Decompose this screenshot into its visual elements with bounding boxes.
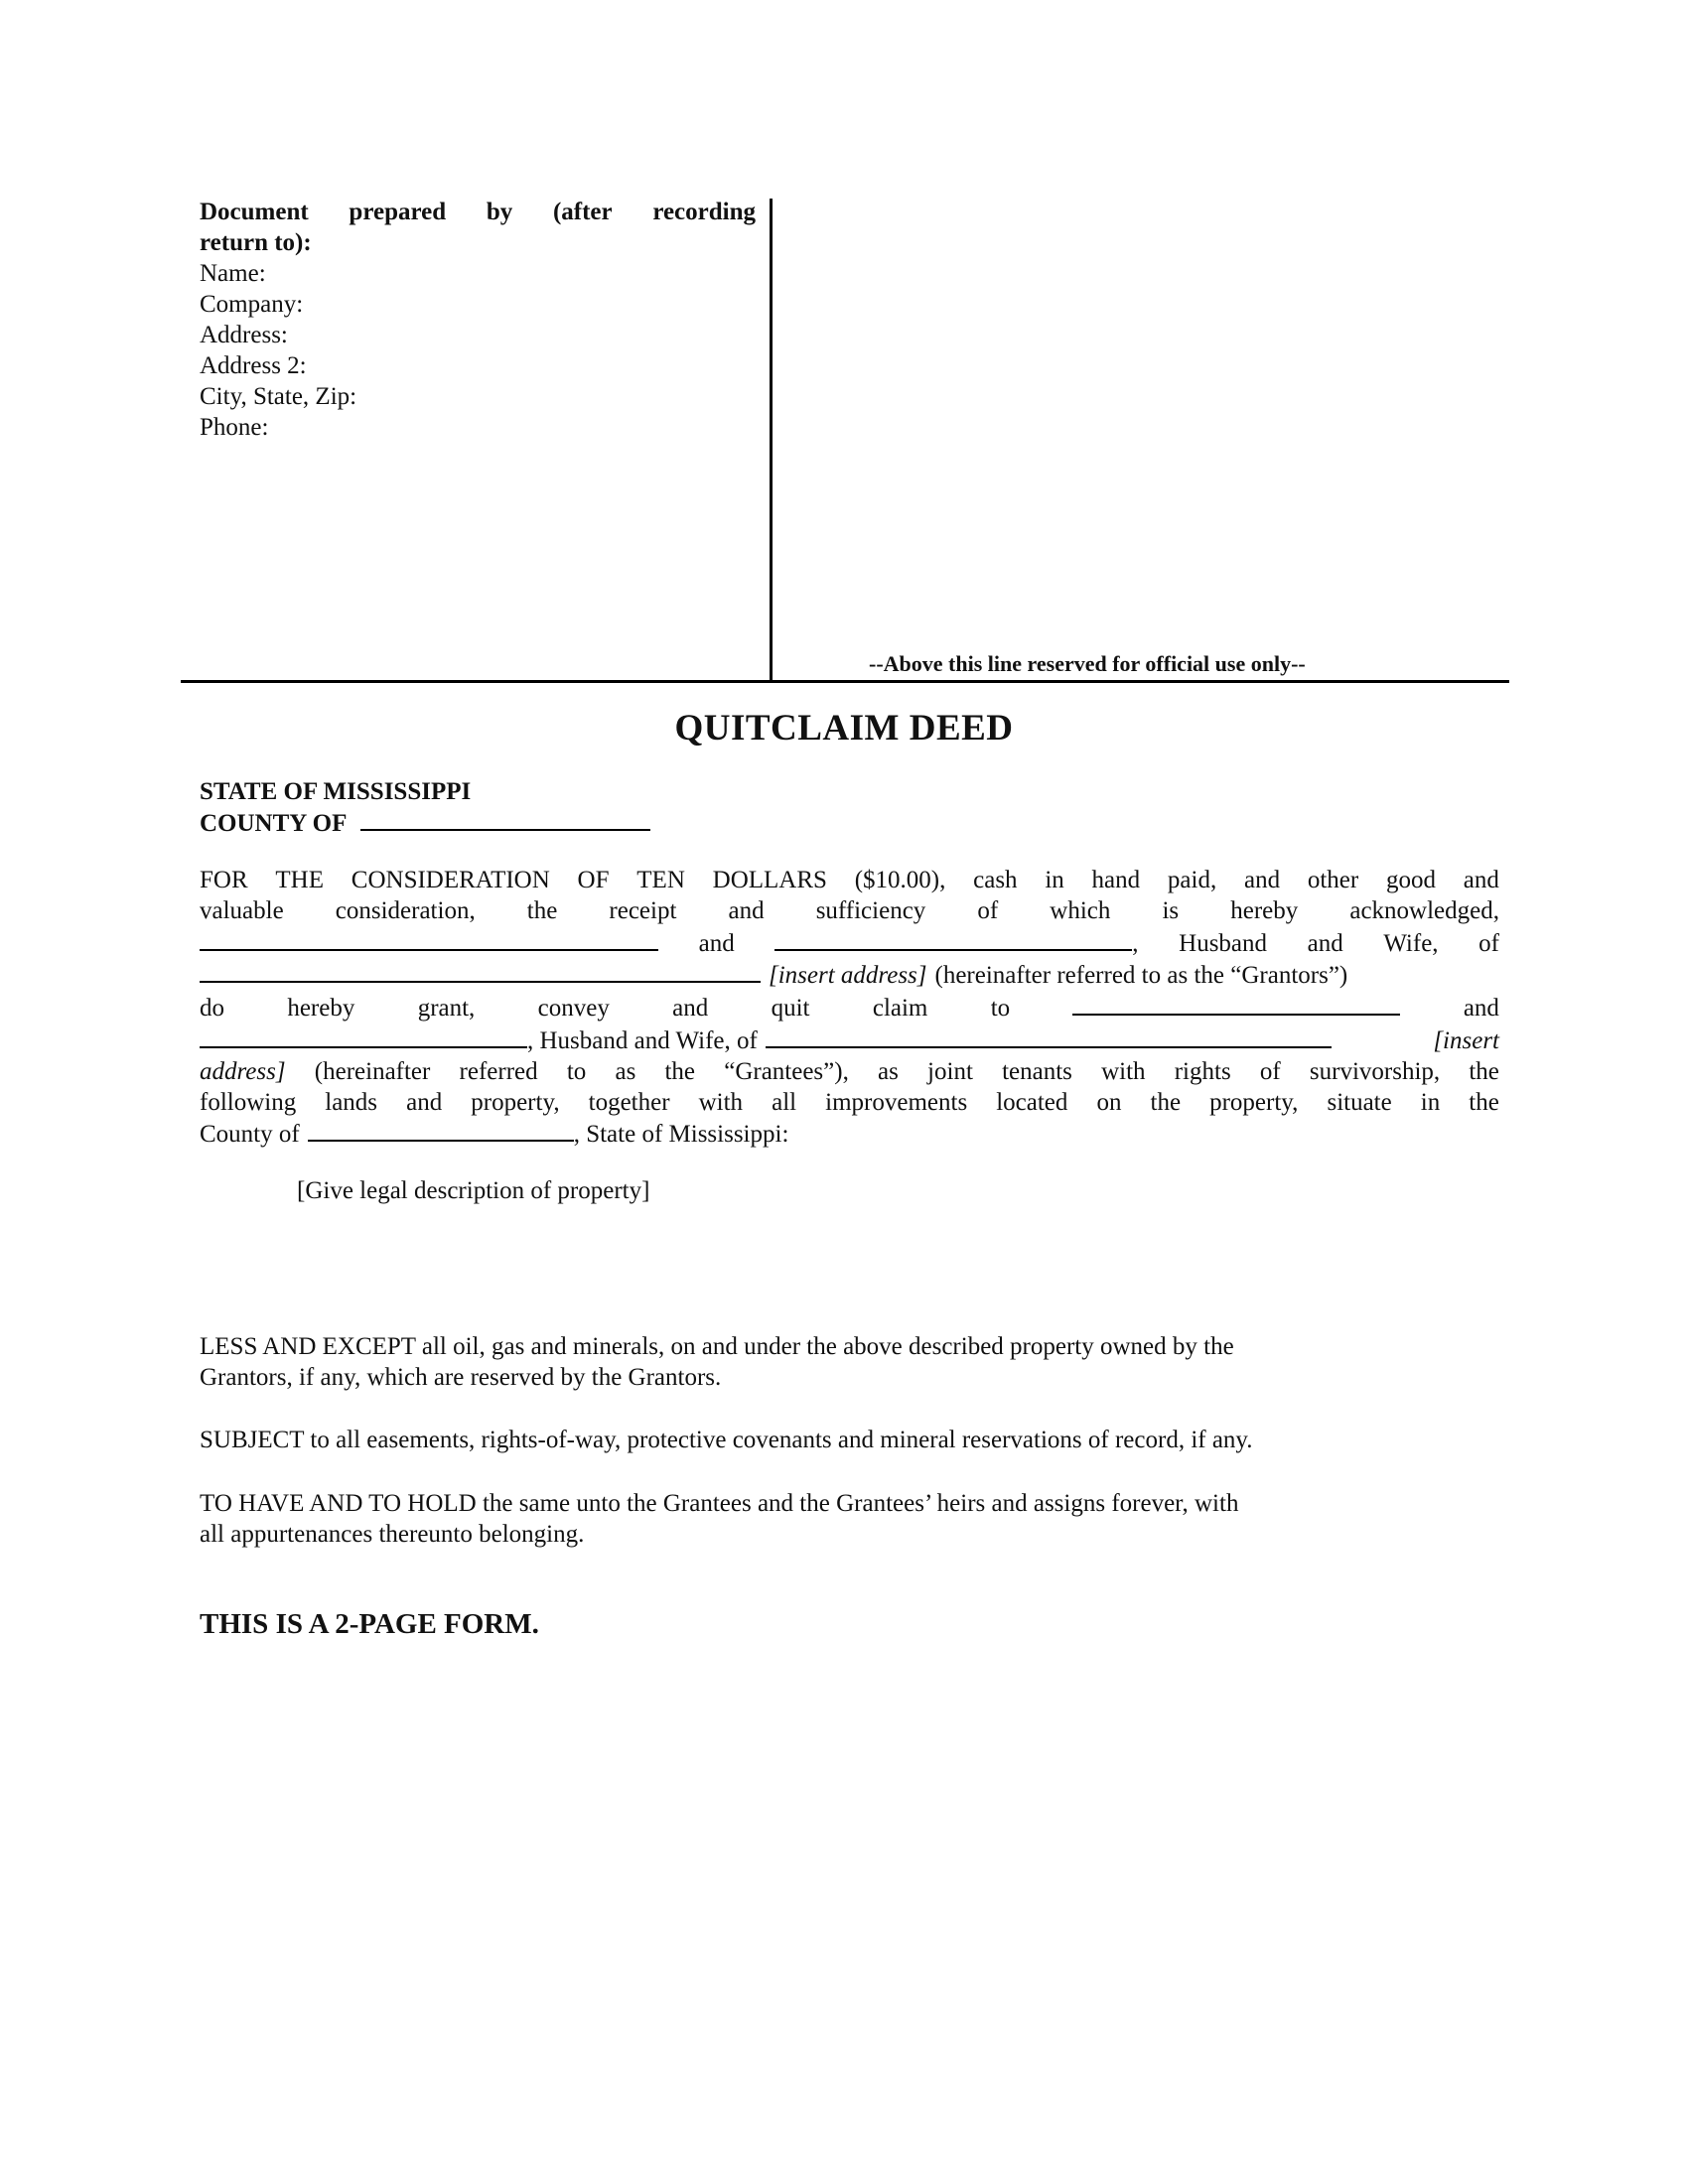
less-and-except-paragraph: LESS AND EXCEPT all oil, gas and mineral… — [200, 1332, 1499, 1394]
word: by — [487, 197, 512, 227]
word: the — [664, 1057, 695, 1088]
venue-block: STATE OF MISSISSIPPI COUNTY OF — [200, 776, 650, 839]
word: property, — [471, 1088, 559, 1119]
word: on — [1096, 1088, 1121, 1119]
preparer-block: Documentpreparedby(afterrecording return… — [200, 197, 756, 443]
word: survivorship, — [1310, 1057, 1440, 1088]
word: as — [615, 1057, 635, 1088]
and-word: and — [1464, 994, 1499, 1024]
form-note: THIS IS A 2-PAGE FORM. — [200, 1608, 539, 1641]
and-word: and — [699, 929, 735, 960]
word: and — [406, 1088, 442, 1119]
husband-wife-text: , Husband and Wife, of — [527, 1026, 758, 1057]
word: the — [527, 896, 558, 927]
word: joint — [927, 1057, 973, 1088]
state-text: , State of Mississippi: — [574, 1120, 789, 1151]
word: of — [977, 896, 998, 927]
word: ($10.00), — [855, 866, 946, 896]
word: hereby — [287, 994, 354, 1024]
state-line: STATE OF MISSISSIPPI — [200, 776, 650, 807]
grantor1-name-blank[interactable] — [200, 927, 658, 951]
word: DOLLARS — [713, 866, 827, 896]
insert-address-hint: [insert address] — [769, 961, 927, 992]
word: lands — [325, 1088, 377, 1119]
paragraph-line: TO HAVE AND TO HOLD the same unto the Gr… — [200, 1489, 1499, 1520]
word: Husband — [1179, 929, 1267, 960]
paragraph-line: address](hereinafterreferredtoasthe“Gran… — [200, 1057, 1499, 1088]
reserved-note: --Above this line reserved for official … — [869, 651, 1306, 677]
word: and — [672, 994, 708, 1024]
word: and — [1464, 866, 1499, 896]
word: all — [772, 1088, 796, 1119]
preparer-address2-field[interactable]: Address 2: — [200, 350, 756, 381]
word: Wife, — [1383, 929, 1438, 960]
word: with — [1101, 1057, 1145, 1088]
word: in — [1045, 866, 1063, 896]
county-blank[interactable] — [360, 807, 650, 831]
county-label: COUNTY OF — [200, 810, 346, 837]
word: quit — [772, 994, 810, 1024]
word: Document — [200, 197, 309, 227]
word: cash — [973, 866, 1017, 896]
paragraph-line: doherebygrant,conveyandquitclaimtoand — [200, 992, 1499, 1024]
word: tenants — [1002, 1057, 1072, 1088]
word: and — [729, 896, 765, 927]
grantor-address-blank[interactable] — [200, 959, 761, 983]
word: is — [1162, 896, 1179, 927]
word: consideration, — [336, 896, 476, 927]
word: CONSIDERATION — [352, 866, 550, 896]
word: FOR — [200, 866, 248, 896]
preparer-heading: Documentpreparedby(afterrecording — [200, 197, 756, 227]
paragraph-line: Grantors, if any, which are reserved by … — [200, 1363, 1499, 1394]
preparer-heading-line2: return to): — [200, 227, 756, 258]
word: situate — [1327, 1088, 1391, 1119]
paragraph-line: all appurtenances thereunto belonging. — [200, 1520, 1499, 1551]
word: the — [1469, 1088, 1499, 1119]
word: with — [699, 1088, 743, 1119]
word: located — [996, 1088, 1067, 1119]
insert-address-hint: [insert — [1433, 1026, 1499, 1057]
word: TEN — [636, 866, 685, 896]
word: together — [589, 1088, 670, 1119]
recording-divider-horizontal — [181, 680, 1509, 683]
word: of — [1260, 1057, 1281, 1088]
grantee-address-blank[interactable] — [766, 1024, 1332, 1048]
word: sufficiency — [816, 896, 926, 927]
word: grant, — [418, 994, 476, 1024]
word: claim — [873, 994, 928, 1024]
paragraph-line: [insert address] (hereinafter referred t… — [200, 959, 1499, 992]
word: “Grantees”), — [724, 1057, 849, 1088]
word: as — [878, 1057, 899, 1088]
habendum-paragraph: TO HAVE AND TO HOLD the same unto the Gr… — [200, 1489, 1499, 1551]
grantors-definition: (hereinafter referred to as the “Grantor… — [935, 961, 1348, 992]
paragraph-line: followinglandsandproperty,togetherwithal… — [200, 1088, 1499, 1119]
word: referred — [460, 1057, 538, 1088]
grantee1-name-blank[interactable] — [1072, 992, 1400, 1016]
word: improvements — [825, 1088, 967, 1119]
recording-divider-vertical — [770, 199, 773, 683]
legal-description-placeholder[interactable]: [Give legal description of property] — [297, 1177, 649, 1205]
word: which — [1050, 896, 1110, 927]
paragraph-line: FORTHECONSIDERATIONOFTENDOLLARS($10.00),… — [200, 866, 1499, 896]
word: of — [1478, 929, 1499, 960]
preparer-company-field[interactable]: Company: — [200, 289, 756, 320]
preparer-city-state-zip-field[interactable]: City, State, Zip: — [200, 381, 756, 412]
word: the — [1469, 1057, 1499, 1088]
word: receipt — [609, 896, 676, 927]
word: valuable — [200, 896, 284, 927]
word: (hereinafter — [315, 1057, 431, 1088]
word: hereby — [1230, 896, 1298, 927]
word: to — [991, 994, 1010, 1024]
word: paid, — [1168, 866, 1216, 896]
word: and — [1244, 866, 1280, 896]
word: good — [1386, 866, 1436, 896]
word: acknowledged, — [1349, 896, 1499, 927]
county-of-label: County of — [200, 1120, 300, 1151]
word: following — [200, 1088, 296, 1119]
paragraph-line: LESS AND EXCEPT all oil, gas and mineral… — [200, 1332, 1499, 1363]
word: to — [567, 1057, 586, 1088]
word: recording — [652, 197, 756, 227]
grantor2-name-blank[interactable] — [774, 927, 1132, 951]
word: rights — [1175, 1057, 1231, 1088]
property-county-blank[interactable] — [308, 1118, 574, 1142]
preparer-address-field[interactable]: Address: — [200, 320, 756, 350]
word: in — [1421, 1088, 1440, 1119]
grantee2-name-blank[interactable] — [200, 1024, 527, 1048]
county-line: COUNTY OF — [200, 807, 650, 839]
document-title: QUITCLAIM DEED — [0, 707, 1688, 750]
word: OF — [578, 866, 610, 896]
word: do — [200, 994, 224, 1024]
word: (after — [553, 197, 613, 227]
word: convey — [538, 994, 610, 1024]
insert-address-hint-cont: address] — [200, 1057, 286, 1088]
consideration-paragraph: FORTHECONSIDERATIONOFTENDOLLARS($10.00),… — [200, 866, 1499, 1151]
word: the — [1151, 1088, 1182, 1119]
word: THE — [275, 866, 324, 896]
paragraph-line: and , Husband and Wife, of — [200, 927, 1499, 960]
preparer-name-field[interactable]: Name: — [200, 258, 756, 289]
subject-to-paragraph: SUBJECT to all easements, rights-of-way,… — [200, 1426, 1499, 1456]
paragraph-line: County of , State of Mississippi: — [200, 1118, 1499, 1151]
word: other — [1308, 866, 1358, 896]
paragraph-line: , Husband and Wife, of [insert — [200, 1024, 1499, 1057]
paragraph-line: valuableconsideration,thereceiptandsuffi… — [200, 896, 1499, 927]
comma: , — [1132, 929, 1138, 960]
word: property, — [1209, 1088, 1298, 1119]
word: hand — [1092, 866, 1141, 896]
preparer-phone-field[interactable]: Phone: — [200, 412, 756, 443]
word: prepared — [349, 197, 446, 227]
word: and — [1308, 929, 1343, 960]
